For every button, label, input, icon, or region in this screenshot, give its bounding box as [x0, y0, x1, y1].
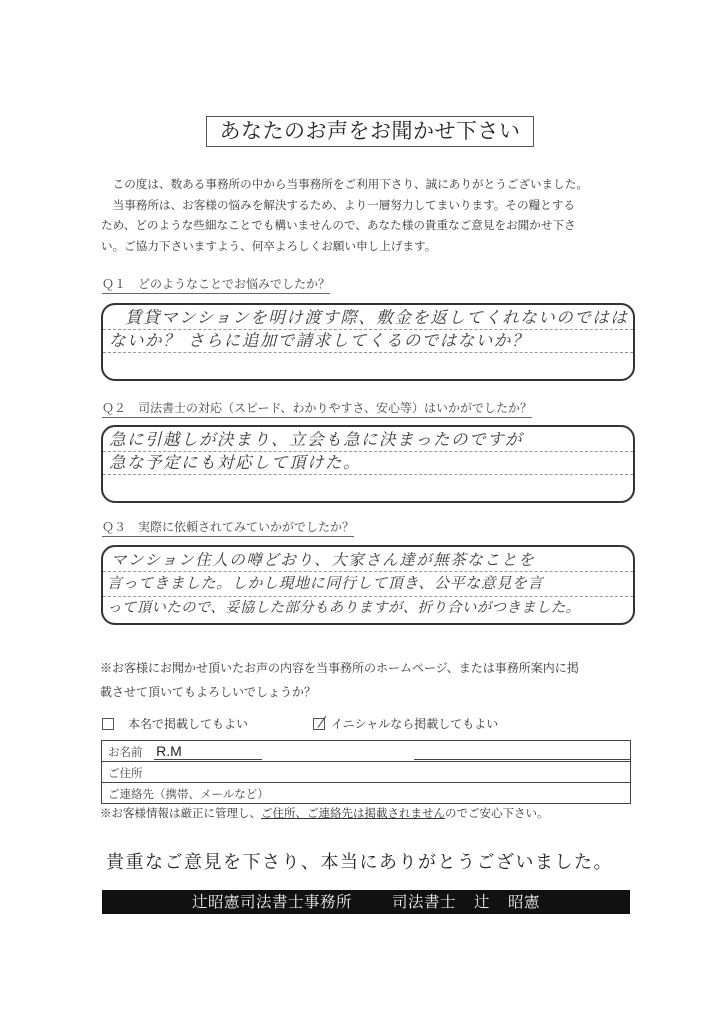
office-name: 辻昭憲司法書士事務所 — [192, 893, 352, 911]
publication-notice: ※お客様にお聞かせ頂いたお声の内容を当事務所のホームページ、または事務所案内に掲… — [100, 656, 640, 704]
answer-line: 言ってきました。しかし現地に同行して頂き、公平な意見を言 — [103, 572, 633, 597]
answer-line — [103, 475, 633, 496]
notice-line: ※お客様にお聞かせ頂いたお声の内容を当事務所のホームページ、または事務所案内に掲 — [100, 656, 640, 680]
surname: 辻 — [474, 893, 490, 911]
intro-line: 当事務所は、お客様の悩みを解決するため、より一層努力してまいります。その糧とする — [101, 195, 641, 216]
privacy-suffix: のでご安心下さい。 — [445, 806, 549, 820]
name-underline — [154, 759, 262, 760]
option-initials-label: イニシャルなら掲載してもよい — [331, 715, 498, 732]
answer-line: マンション住人の噂どおり、大家さん達が無茶なことを — [103, 549, 633, 572]
publication-options: 本名で掲載してもよい イニシャルなら掲載してもよい — [100, 715, 640, 735]
page-title: あなたのお声をお聞かせ下さい — [206, 116, 534, 147]
professional-title: 司法書士 — [392, 893, 456, 911]
answer-line: 急に引越しが決まり、立会も急に決まったのですが — [103, 429, 633, 452]
name-label: お名前 — [108, 745, 143, 759]
answer-line: 急な予定にも対応して頂けた。 — [103, 452, 633, 475]
name-underline-right — [414, 759, 630, 760]
name-row: お名前 R.M — [102, 741, 630, 762]
question-2-answer-box: 急に引越しが決まり、立会も急に決まったのですが 急な予定にも対応して頂けた。 — [101, 425, 635, 503]
intro-line: この度は、数ある事務所の中から当事務所をご利用下さり、誠にありがとうございました… — [101, 174, 641, 195]
privacy-note: ※お客様情報は厳正に管理し、ご住所、ご連絡先は掲載されませんのでご安心下さい。 — [100, 805, 640, 821]
checkbox-initials[interactable] — [313, 718, 325, 730]
contact-label: ご連絡先（携帯、メールなど） — [108, 787, 269, 801]
contact-row: ご連絡先（携帯、メールなど） — [102, 783, 630, 803]
intro-line: い。ご協力下さいますよう、何卒よろしくお願い申し上げます。 — [101, 236, 641, 257]
intro-line: ため、どのような些細なことでも構いませんので、あなた様の貴重なご意見をお聞かせ下… — [101, 215, 641, 236]
question-1-answer-box: 賃貸マンションを明け渡す際、敷金を返してくれないのではは ないか？ さらに追加で… — [101, 303, 635, 381]
option-real-name[interactable]: 本名で掲載してもよい — [102, 715, 248, 732]
answer-line: ないか？ さらに追加で請求してくるのではないか？ — [103, 330, 633, 353]
thanks-message: 貴重なご意見を下さり、本当にありがとうございました。 — [106, 848, 613, 874]
question-3-answer-box: マンション住人の噂どおり、大家さん達が無茶なことを 言ってきました。しかし現地に… — [101, 545, 635, 625]
answer-line — [103, 353, 633, 374]
option-real-name-label: 本名で掲載してもよい — [128, 715, 248, 732]
name-value[interactable]: R.M — [156, 743, 182, 759]
address-row: ご住所 — [102, 762, 630, 783]
question-1-label: Ｑ１ どのようなことでお悩みでしたか？ — [102, 276, 330, 294]
checkbox-real-name[interactable] — [102, 718, 114, 730]
intro-text: この度は、数ある事務所の中から当事務所をご利用下さり、誠にありがとうございました… — [101, 174, 641, 256]
question-2-label: Ｑ２ 司法書士の対応（スピード、わかりやすさ、安心等）はいかがでしたか？ — [102, 400, 532, 418]
answer-line: 賃貸マンションを明け渡す際、敷金を返してくれないのではは — [103, 307, 633, 330]
question-3-label: Ｑ３ 実際に依頼されてみていかがでしたか？ — [102, 519, 354, 537]
privacy-underlined: ご住所、ご連絡先は掲載されません — [261, 806, 445, 820]
address-label: ご住所 — [108, 766, 143, 780]
notice-line: 載させて頂いてもよろしいでしょうか？ — [100, 680, 640, 704]
given-name: 昭憲 — [508, 893, 540, 911]
answer-line: って頂いたので、妥協した部分もありますが、折り合いがつきました。 — [103, 597, 633, 618]
privacy-prefix: ※お客様情報は厳正に管理し、 — [100, 806, 261, 820]
footer-signature-bar: 辻昭憲司法書士事務所司法書士辻昭憲 — [102, 890, 630, 914]
customer-info-table: お名前 R.M ご住所 ご連絡先（携帯、メールなど） — [101, 740, 631, 804]
option-initials[interactable]: イニシャルなら掲載してもよい — [313, 715, 498, 732]
